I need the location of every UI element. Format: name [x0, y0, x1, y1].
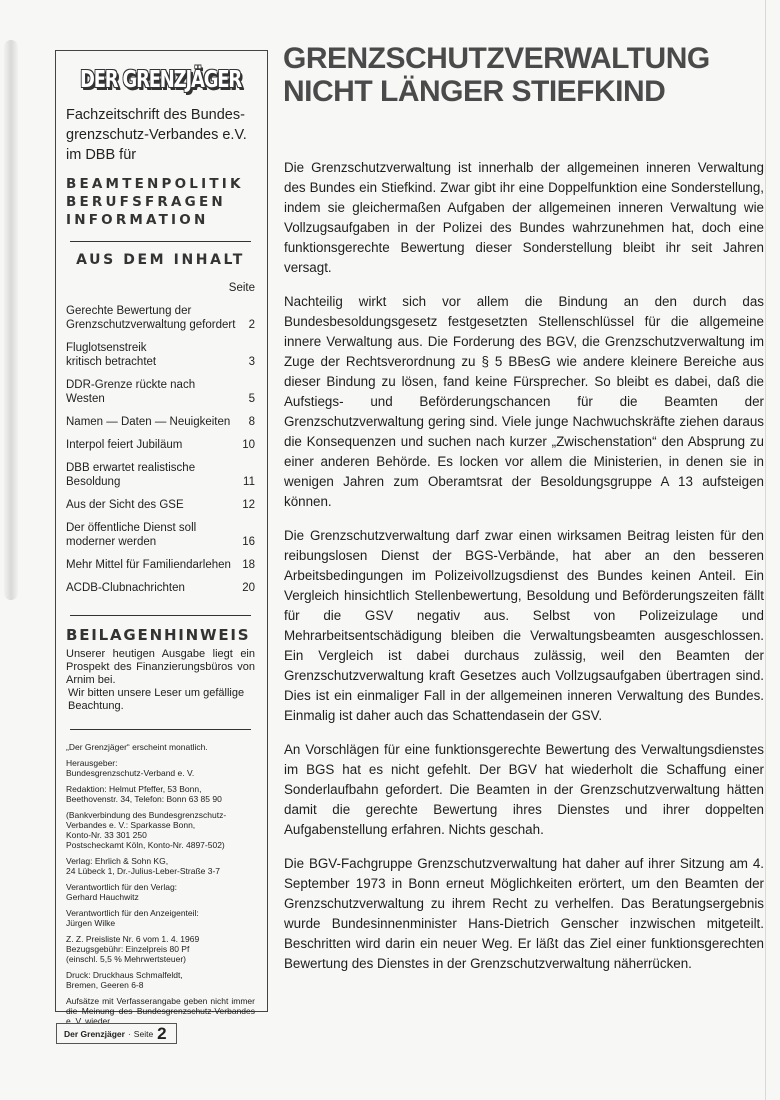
- insert-notice-paragraph: Unserer heutigen Ausgabe liegt ein Prosp…: [66, 648, 255, 687]
- imprint-line: Druck: Druckhaus Schmalfeldt,: [66, 970, 255, 980]
- imprint-line: Bundesgrenzschutz-Verband e. V.: [66, 768, 255, 778]
- imprint-block: Herausgeber:Bundesgrenzschutz-Verband e.…: [66, 758, 255, 778]
- imprint-line: (Bankverbindung des Bundesgrenzschutz-: [66, 810, 255, 820]
- headline-line: GRENZSCHUTZVERWALTUNG: [283, 42, 763, 75]
- subtitle-line: grenzschutz-Verbandes e.V.: [66, 125, 255, 145]
- toc-title: Mehr Mittel für Familiendarlehen: [66, 558, 231, 572]
- toc-title: DBB erwartet realistische Besoldung: [66, 461, 196, 489]
- toc-page: 2: [237, 318, 255, 332]
- article-body: Die Grenzschutzverwaltung ist innerhalb …: [284, 158, 764, 988]
- toc-title: Interpol feiert Jubiläum: [66, 438, 182, 452]
- toc-page: 16: [237, 535, 255, 549]
- toc-page: 10: [237, 438, 255, 452]
- toc-item[interactable]: Fluglotsenstreik kritisch betrachtet3: [66, 341, 255, 369]
- footer-magazine-name: Der Grenzjäger: [64, 1029, 125, 1039]
- toc-page: 12: [237, 498, 255, 512]
- toc-item[interactable]: Namen — Daten — Neuigkeiten8: [66, 415, 255, 429]
- divider: [70, 729, 251, 730]
- imprint-line: Redaktion: Helmut Pfeffer, 53 Bonn,: [66, 784, 255, 794]
- magazine-subtitle: Fachzeitschrift des Bundes- grenzschutz-…: [66, 105, 255, 165]
- imprint-line: Bremen, Geeren 6-8: [66, 980, 255, 990]
- table-of-contents: Gerechte Bewertung der Grenzschutzverwal…: [66, 304, 255, 595]
- footer-separator: ·: [128, 1029, 131, 1039]
- toc-page: 20: [237, 581, 255, 595]
- toc-item[interactable]: Aus der Sicht des GSE12: [66, 498, 255, 512]
- imprint-line: Verantwortlich für den Verlag:: [66, 882, 255, 892]
- imprint-block: Z. Z. Preisliste Nr. 6 vom 1. 4. 1969Bez…: [66, 934, 255, 964]
- toc-title: Aus der Sicht des GSE: [66, 498, 184, 512]
- imprint-block: Druck: Druckhaus Schmalfeldt,Bremen, Gee…: [66, 970, 255, 990]
- imprint-line: Jürgen Wilke: [66, 918, 255, 928]
- magazine-topics: BEAMTENPOLITIK BERUFSFRAGEN INFORMATION: [66, 175, 255, 229]
- imprint-line: Bezugsgebühr: Einzelpreis 80 Pf: [66, 944, 255, 954]
- toc-page: 3: [237, 355, 255, 369]
- imprint-line: Verantwortlich für den Anzeigenteil:: [66, 908, 255, 918]
- page-column-label: Seite: [66, 282, 255, 294]
- toc-page: 18: [237, 558, 255, 572]
- article-paragraph: Nachteilig wirkt sich vor allem die Bind…: [284, 292, 764, 512]
- toc-item[interactable]: Mehr Mittel für Familiendarlehen18: [66, 558, 255, 572]
- toc-item[interactable]: DBB erwartet realistische Besoldung11: [66, 461, 255, 489]
- topic: BEAMTENPOLITIK: [66, 175, 255, 193]
- topic: INFORMATION: [66, 211, 255, 229]
- imprint-line: Herausgeber:: [66, 758, 255, 768]
- imprint-line: 24 Lübeck 1, Dr.-Julius-Leber-Straße 3-7: [66, 866, 255, 876]
- toc-item[interactable]: ACDB-Clubnachrichten20: [66, 581, 255, 595]
- footer-page-number: 2: [157, 1025, 166, 1042]
- subtitle-line: Fachzeitschrift des Bundes-: [66, 105, 255, 125]
- imprint-line: Z. Z. Preisliste Nr. 6 vom 1. 4. 1969: [66, 934, 255, 944]
- subtitle-line: im DBB für: [66, 145, 255, 165]
- imprint-block: Redaktion: Helmut Pfeffer, 53 Bonn,Beeth…: [66, 784, 255, 804]
- toc-title: Namen — Daten — Neuigkeiten: [66, 415, 230, 429]
- article-paragraph: Die Grenzschutzverwaltung ist innerhalb …: [284, 158, 764, 278]
- imprint-line: Konto-Nr. 33 301 250: [66, 830, 255, 840]
- imprint-line: (einschl. 5,5 % Mehrwertsteuer): [66, 954, 255, 964]
- insert-notice-paragraph: Wir bitten unsere Leser um gefällige Bea…: [66, 687, 255, 713]
- toc-item[interactable]: Der öffentliche Dienst soll moderner wer…: [66, 521, 255, 549]
- imprint-block: „Der Grenzjäger“ erscheint monatlich.: [66, 742, 255, 752]
- article-paragraph: Die BGV-Fachgruppe Grenzschutzverwaltung…: [284, 854, 764, 974]
- toc-title: Der öffentliche Dienst soll moderner wer…: [66, 521, 216, 549]
- toc-page: 11: [237, 475, 255, 489]
- article-paragraph: An Vorschlägen für eine funktionsgerecht…: [284, 740, 764, 840]
- imprint-line: Postscheckamt Köln, Konto-Nr. 4897-502): [66, 840, 255, 850]
- imprint-line: Verlag: Ehrlich & Sohn KG,: [66, 856, 255, 866]
- imprint-line: Gerhard Hauchwitz: [66, 892, 255, 902]
- toc-item[interactable]: Gerechte Bewertung der Grenzschutzverwal…: [66, 304, 255, 332]
- article-paragraph: Die Grenzschutzverwaltung darf zwar eine…: [284, 526, 764, 726]
- page-binding-shadow: [4, 40, 18, 600]
- headline-line: NICHT LÄNGER STIEFKIND: [283, 75, 763, 108]
- toc-item[interactable]: DDR-Grenze rückte nach Westen5: [66, 378, 255, 406]
- page-footer: Der Grenzjäger · Seite 2: [56, 1023, 177, 1044]
- imprint: „Der Grenzjäger“ erscheint monatlich. He…: [66, 742, 255, 1026]
- imprint-block: Verantwortlich für den Anzeigenteil:Jürg…: [66, 908, 255, 928]
- contents-heading: AUS DEM INHALT: [66, 252, 255, 268]
- magazine-logo: DER GRENZJÄGER: [71, 67, 250, 93]
- imprint-line: Verbandes e. V.: Sparkasse Bonn,: [66, 820, 255, 830]
- toc-page: 8: [237, 415, 255, 429]
- toc-item[interactable]: Interpol feiert Jubiläum10: [66, 438, 255, 452]
- masthead-sidebar: DER GRENZJÄGER Fachzeitschrift des Bunde…: [55, 50, 268, 1012]
- article-headline: GRENZSCHUTZVERWALTUNG NICHT LÄNGER STIEF…: [283, 42, 763, 108]
- toc-title: DDR-Grenze rückte nach Westen: [66, 378, 236, 406]
- imprint-block: Verlag: Ehrlich & Sohn KG,24 Lübeck 1, D…: [66, 856, 255, 876]
- toc-title: ACDB-Clubnachrichten: [66, 581, 185, 595]
- imprint-block: Verantwortlich für den Verlag:Gerhard Ha…: [66, 882, 255, 902]
- toc-page: 5: [237, 392, 255, 406]
- topic: BERUFSFRAGEN: [66, 193, 255, 211]
- imprint-block: (Bankverbindung des Bundesgrenzschutz-Ve…: [66, 810, 255, 850]
- page-edge-rule: [765, 0, 766, 1100]
- imprint-line: „Der Grenzjäger“ erscheint monatlich.: [66, 742, 255, 752]
- imprint-disclaimer: Aufsätze mit Verfasserangabe geben nicht…: [66, 996, 255, 1026]
- toc-title: Fluglotsenstreik kritisch betrachtet: [66, 341, 176, 369]
- insert-notice-text: Unserer heutigen Ausgabe liegt ein Prosp…: [66, 648, 255, 713]
- footer-page-label: Seite: [134, 1029, 153, 1039]
- insert-notice-heading: BEILAGENHINWEIS: [66, 626, 255, 644]
- divider: [70, 615, 251, 616]
- divider: [70, 241, 251, 242]
- imprint-line: Beethovenstr. 34, Telefon: Bonn 63 85 90: [66, 794, 255, 804]
- toc-title: Gerechte Bewertung der Grenzschutzverwal…: [66, 304, 236, 332]
